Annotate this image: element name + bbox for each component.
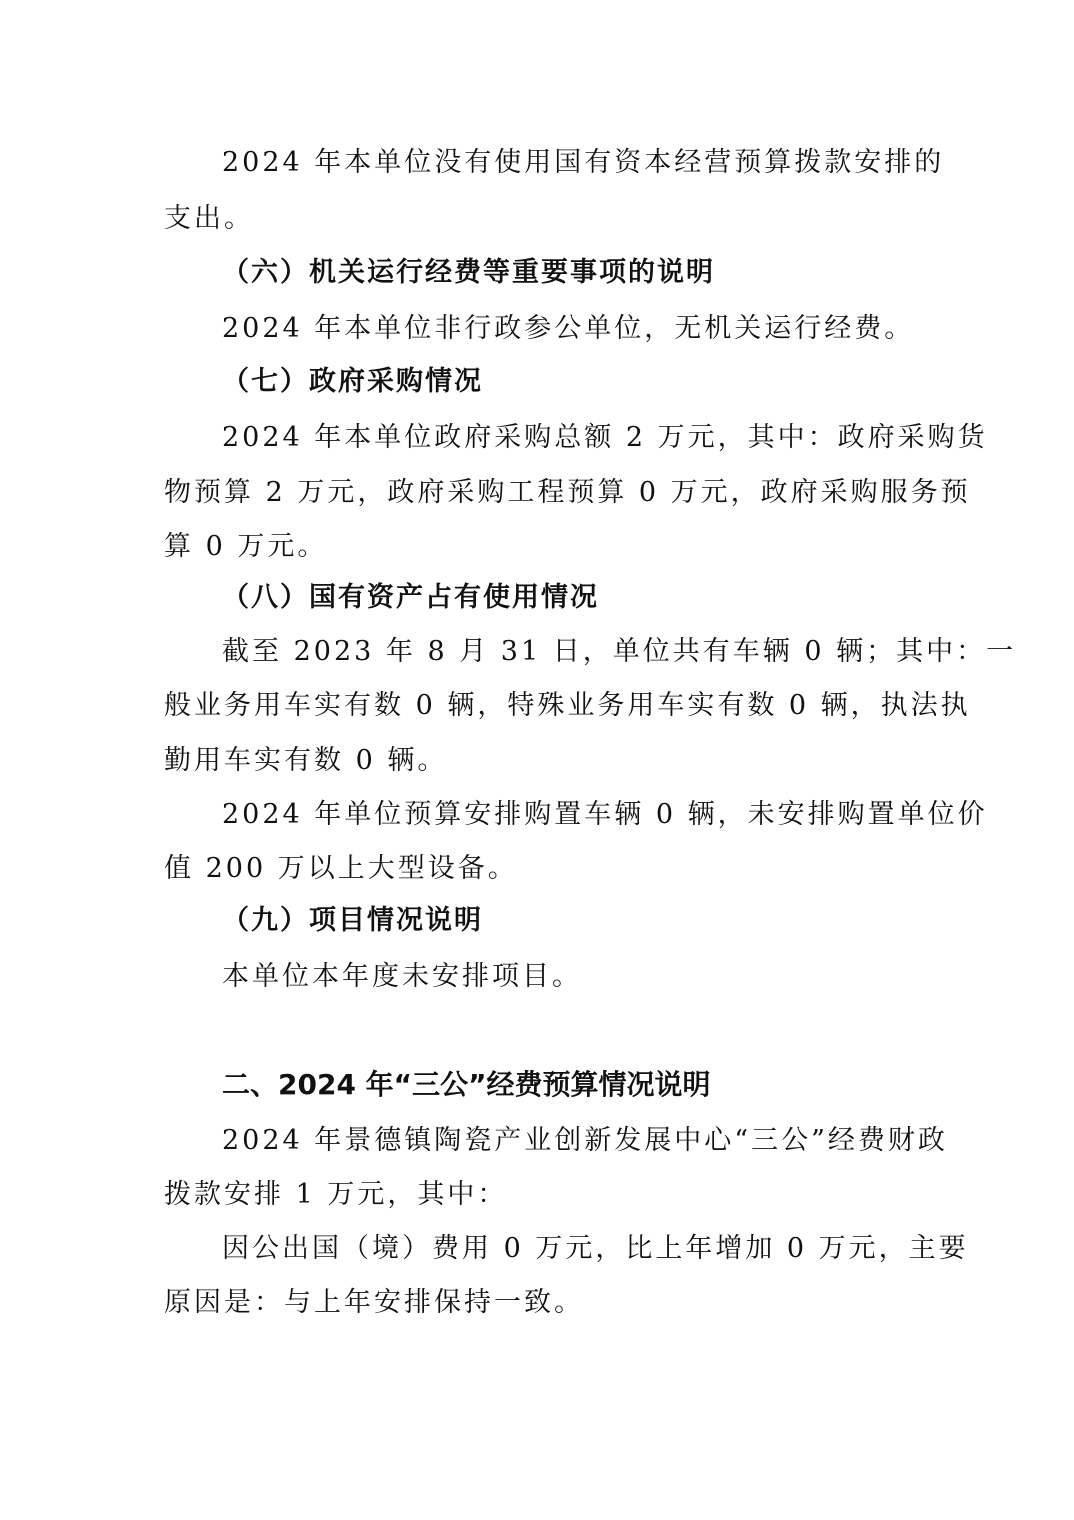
section-heading-8: （八）国有资产占有使用情况 (222, 580, 599, 616)
section-heading-6: （六）机关运行经费等重要事项的说明 (222, 255, 715, 291)
paragraph-line: 般业务用车实有数 0 辆，特殊业务用车实有数 0 辆，执法执 (164, 688, 971, 724)
paragraph-line: 截至 2023 年 8 月 31 日，单位共有车辆 0 辆；其中：一 (222, 634, 1016, 670)
paragraph-line: 2024 年本单位非行政参公单位，无机关运行经费。 (222, 311, 914, 347)
paragraph-line: 支出。 (164, 201, 254, 237)
paragraph-line: 2024 年本单位没有使用国有资本经营预算拨款安排的 (222, 145, 944, 181)
paragraph-line: 算 0 万元。 (164, 529, 327, 565)
paragraph-line: 原因是：与上年安排保持一致。 (164, 1285, 584, 1321)
paragraph-line: 本单位本年度未安排项目。 (222, 959, 582, 995)
paragraph-line: 物预算 2 万元，政府采购工程预算 0 万元，政府采购服务预 (164, 475, 971, 511)
paragraph-line: 值 200 万以上大型设备。 (164, 851, 518, 887)
document-page: 2024 年本单位没有使用国有资本经营预算拨款安排的 支出。 （六）机关运行经费… (0, 0, 1074, 1520)
section-heading-9: （九）项目情况说明 (222, 903, 483, 939)
paragraph-line: 2024 年景德镇陶瓷产业创新发展中心“三公”经费财政 (222, 1123, 948, 1159)
chapter-heading-2: 二、2024 年“三公”经费预算情况说明 (222, 1067, 710, 1103)
paragraph-line: 勤用车实有数 0 辆。 (164, 743, 447, 779)
paragraph-line: 2024 年单位预算安排购置车辆 0 辆，未安排购置单位价 (222, 797, 988, 833)
paragraph-line: 拨款安排 1 万元，其中： (164, 1177, 507, 1213)
paragraph-line: 2024 年本单位政府采购总额 2 万元，其中：政府采购货 (222, 420, 988, 456)
paragraph-line: 因公出国（境）费用 0 万元，比上年增加 0 万元，主要 (222, 1231, 969, 1267)
section-heading-7: （七）政府采购情况 (222, 364, 483, 400)
